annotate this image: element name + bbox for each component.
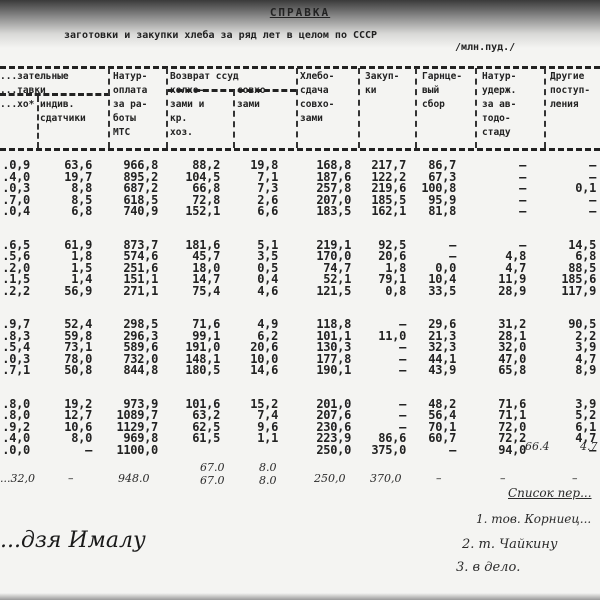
- column-sovkhoz-delivery: 168,8187,6257,8207,0183,5 219,1170,074,7…: [293, 160, 351, 478]
- document-title: СПРАВКА: [0, 6, 600, 19]
- header-milling-fee: Гарнце- вый сбор: [422, 70, 462, 112]
- header-loan-return-kolkhoz: Возврат ссуд колхо- зами и кр. хоз.: [170, 70, 239, 140]
- document-subtitle: заготовки и закупки хлеба за ряд лет в ц…: [64, 30, 377, 41]
- distribution-item: 2. т. Чайкину: [462, 537, 558, 552]
- signature: ...дзя Ималу: [0, 528, 146, 553]
- header-individual-sellers: индив. сдатчики: [40, 70, 86, 126]
- handwritten-total: –: [500, 472, 506, 485]
- header-sovkhoz-delivery: Хлебо- сдача совхо- зами: [300, 70, 334, 126]
- handwritten-total: 8.0: [259, 474, 277, 487]
- col-separator: [358, 68, 360, 148]
- col-separator: [544, 68, 546, 148]
- handwritten-total: 948.0: [118, 472, 150, 485]
- column-mandatory-deliveries: ...0,9...4,0...0,3...7,0...0,4 ...6,5...…: [0, 160, 30, 478]
- column-other-receipts: ––0,1–– 14,56,888,5185,6117,9 90,52,23,9…: [538, 160, 596, 478]
- handwritten-correction: 8.0: [259, 461, 277, 474]
- handwritten-total: 250,0: [314, 472, 346, 485]
- column-herd-deduction: ––––– –4,84,711,928,9 31,228,132,047,065…: [468, 160, 526, 478]
- column-mts-payment: 966,8895,2687,2618,5740,9 873,7574,6251,…: [100, 160, 158, 478]
- handwritten-total: 370,0: [370, 472, 402, 485]
- header-top-rule: [0, 66, 600, 69]
- units-label: /млн.пуд./: [455, 42, 515, 53]
- header-loan-return-sovkhoz: совхо- зами: [237, 70, 271, 112]
- column-milling-fee: 86,767,3100,895,981,8 ––0,010,433,5 29,6…: [398, 160, 456, 478]
- col-separator: [166, 68, 168, 148]
- handwritten-correction: 67.0: [200, 461, 225, 474]
- column-loan-return-sovkhoz: 19,87,17,32,66,6 5,13,50,50,44,6 4,96,22…: [220, 160, 278, 478]
- header-other-receipts: Другие поступ- ления: [550, 70, 590, 112]
- col-separator: [415, 68, 417, 148]
- header-mts-payment: Натур- оплата за ра- боты МТС: [113, 70, 147, 140]
- column-individual-sellers: 63,619,78,88,56,8 61,91,81,51,456,9 52,4…: [34, 160, 92, 478]
- handwritten-total: 67.0: [200, 474, 225, 487]
- distribution-item: 1. тов. Корниец...: [476, 512, 591, 526]
- distribution-item: 3. в дело.: [456, 560, 520, 575]
- header-herd-deduction: Натур- удерж. за ав- тодо- стаду: [482, 70, 516, 140]
- handwritten-total: ...32,0: [0, 472, 35, 485]
- handwritten-correction: 66.4: [525, 440, 550, 453]
- col-separator: [108, 68, 110, 148]
- header-bottom-rule: [0, 148, 600, 151]
- col-separator: [296, 68, 298, 148]
- distribution-list-title: Список пер...: [508, 486, 592, 500]
- handwritten-correction: 4.7: [580, 440, 598, 453]
- handwritten-total: –: [572, 472, 578, 485]
- scan-shadow-bottom: [0, 593, 600, 600]
- handwritten-total: –: [436, 472, 442, 485]
- col-separator: [475, 68, 477, 148]
- column-loan-return-kolkhoz: 88,2104,566,872,8152,1 181,645,718,014,7…: [162, 160, 220, 478]
- header-purchases: Закуп- ки: [365, 70, 399, 98]
- handwritten-total: –: [68, 472, 74, 485]
